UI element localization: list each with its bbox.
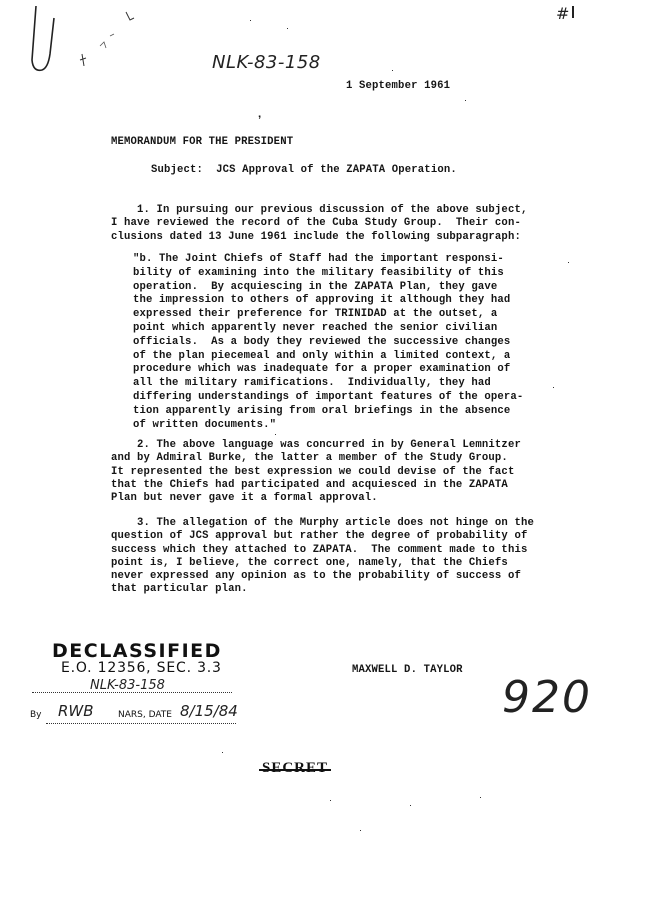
stamp-nars-label: NARS, DATE — [118, 710, 172, 720]
scan-speck — [568, 262, 569, 263]
stamp-signature-line — [46, 723, 236, 724]
stamp-authority: E.O. 12356, SEC. 3.3 — [61, 660, 222, 676]
memorandum-page: NLK-83-158 # 1 September 1961 ʼ MEMORAND… — [0, 0, 654, 900]
corner-tick-mark — [572, 6, 574, 18]
scan-speck — [465, 100, 466, 101]
classification-text: SECRET — [262, 760, 328, 776]
scan-speck — [287, 28, 288, 29]
handwritten-u-mark — [30, 4, 56, 74]
scan-speck — [392, 70, 393, 71]
handwritten-scribble-mark — [70, 6, 150, 66]
handwritten-reference-number: NLK-83-158 — [212, 52, 321, 73]
memo-addressee: MEMORANDUM FOR THE PRESIDENT — [111, 136, 293, 148]
paragraph-1: 1. In pursuing our previous discussion o… — [111, 204, 551, 244]
scan-speck — [410, 805, 411, 806]
stamp-by-label: By — [30, 710, 42, 720]
scan-speck — [330, 800, 331, 801]
scan-speck — [480, 797, 481, 798]
scan-speck — [222, 752, 223, 753]
memo-date: 1 September 1961 — [346, 80, 450, 92]
scan-speck — [250, 20, 251, 21]
stamp-date: 8/15/84 — [180, 702, 238, 720]
classification-marking: SECRET — [262, 760, 328, 777]
scan-speck — [275, 434, 276, 435]
stamp-reference-line — [32, 692, 232, 693]
stamp-title: DECLASSIFIED — [52, 640, 222, 662]
paragraph-3: 3. The allegation of the Murphy article … — [111, 517, 551, 597]
quoted-subparagraph: "b. The Joint Chiefs of Staff had the im… — [133, 253, 543, 432]
scan-speck — [360, 830, 361, 831]
signature-block: MAXWELL D. TAYLOR — [352, 664, 463, 676]
paragraph-2: 2. The above language was concurred in b… — [111, 439, 551, 505]
strikethrough-line — [259, 769, 331, 771]
handwritten-hash-mark: # — [556, 4, 569, 23]
stamp-initials: RWB — [58, 702, 94, 720]
scan-speck — [553, 387, 554, 388]
handwritten-page-number: 920 — [502, 672, 592, 723]
memo-subject: Subject: JCS Approval of the ZAPATA Oper… — [151, 164, 457, 176]
stray-mark: ʼ — [256, 114, 263, 128]
stamp-reference: NLK-83-158 — [90, 678, 165, 693]
